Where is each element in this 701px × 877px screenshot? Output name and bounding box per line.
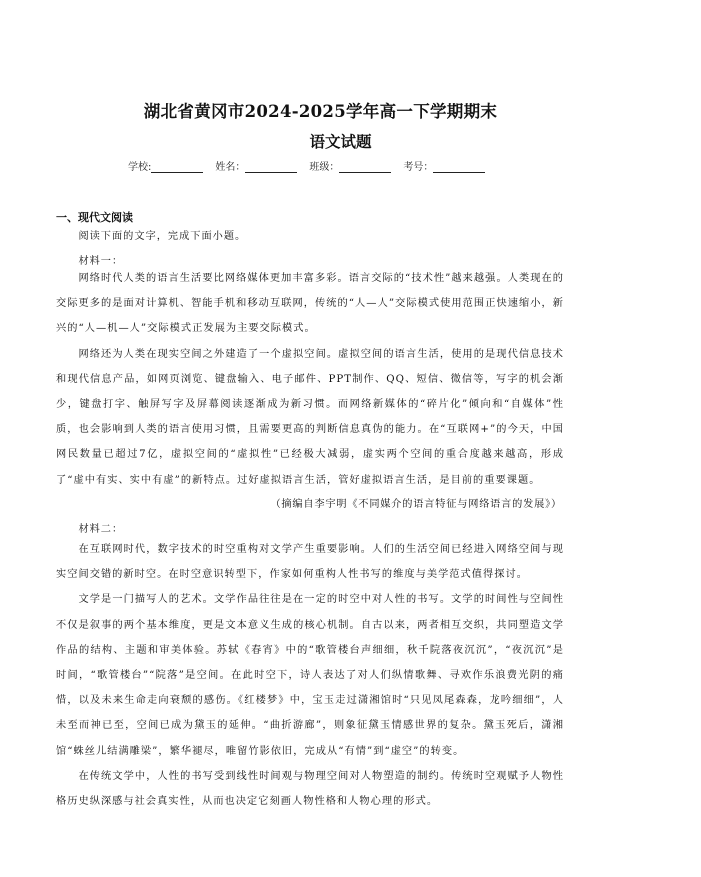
material2-body: 在互联网时代，数字技术的时空重构对文学产生重要影响。人们的生活空间已经进入网络空… <box>56 537 564 814</box>
material1-label: 材料一： <box>56 252 564 267</box>
name-field[interactable]: 姓名： <box>215 158 303 173</box>
exam-number-blank[interactable] <box>433 162 485 173</box>
exam-title: 湖北省黄冈市2024-2025学年高一下学期期末 <box>0 98 701 122</box>
school-field[interactable]: 学校: <box>128 158 209 173</box>
material2-paragraph-3: 在传统文学中，人性的书写受到线性时间观与物理空间对人物塑造的制约。传统时空观赋予… <box>56 764 564 814</box>
exam-title-text: 湖北省黄冈市2024-2025学年高一下学期期末 <box>144 98 497 122</box>
name-blank[interactable] <box>245 162 297 173</box>
section-heading: 一、现代文阅读 <box>56 209 133 225</box>
material1-body: 网络时代人类的语言生活要比网络媒体更加丰富多彩。语言交际的“技术性”越来越强。人… <box>56 266 564 493</box>
material2-label: 材料二： <box>56 520 564 535</box>
exam-page: 湖北省黄冈市2024-2025学年高一下学期期末 语文试题 学校: 姓名： 班级… <box>0 0 701 877</box>
school-blank[interactable] <box>151 162 203 173</box>
material1-paragraph-2: 网络还为人类在现实空间之外建造了一个虚拟空间。虚拟空间的语言生活，使用的是现代信… <box>56 342 564 493</box>
exam-subtitle: 语文试题 <box>0 130 691 152</box>
exam-number-field[interactable]: 考号： <box>403 158 491 173</box>
material1-source: （摘编自李宇明《不同媒介的语言特征与网络语言的发展》） <box>56 495 562 510</box>
material2-paragraph-1: 在互联网时代，数字技术的时空重构对文学产生重要影响。人们的生活空间已经进入网络空… <box>56 537 564 587</box>
class-field[interactable]: 班级： <box>309 158 397 173</box>
class-blank[interactable] <box>339 162 391 173</box>
material1-paragraph-1: 网络时代人类的语言生活要比网络媒体更加丰富多彩。语言交际的“技术性”越来越强。人… <box>56 266 564 342</box>
material2-paragraph-2: 文学是一门描写人的艺术。文学作品往往是在一定的时空中对人性的书写。文学的时间性与… <box>56 587 564 763</box>
instruction-text: 阅读下面的文字，完成下面小题。 <box>56 227 564 242</box>
student-info-fields: 学校: 姓名： 班级： 考号： <box>128 158 491 173</box>
